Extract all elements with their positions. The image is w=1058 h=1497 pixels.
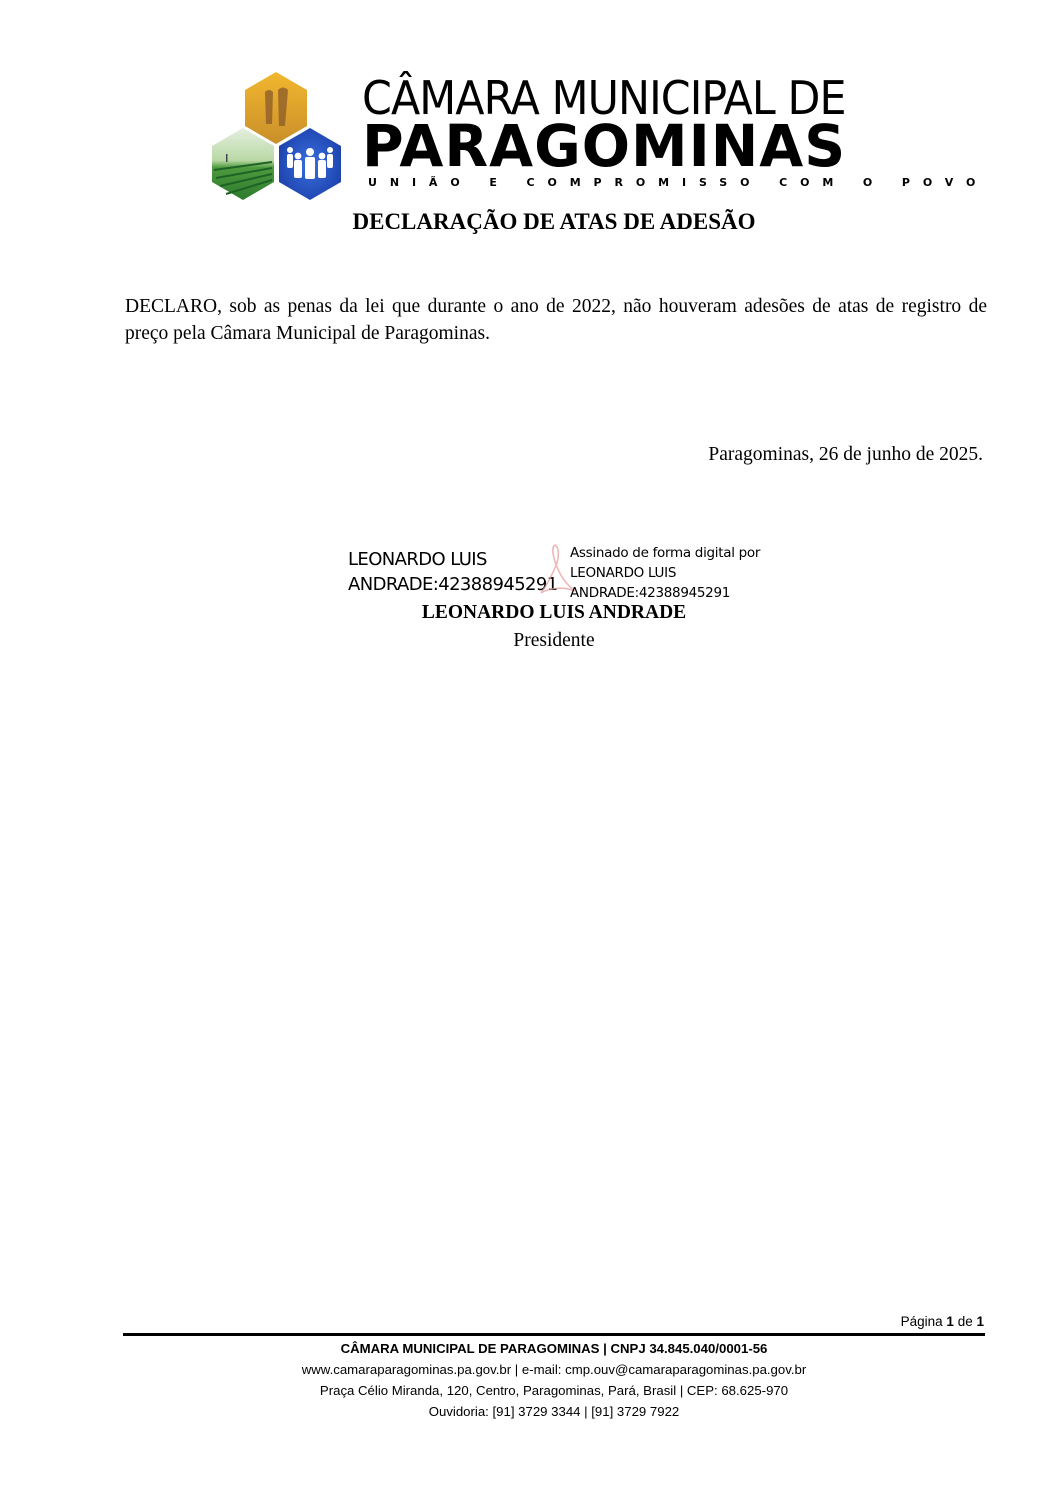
brand-tagline: UNIÃO E COMPROMISSO COM O POVO	[368, 176, 988, 189]
signer-role: Presidente	[0, 630, 1058, 652]
footer-ombudsman-line: Ouvidoria: [91] 3729 3344 | [91] 3729 79…	[0, 1401, 1058, 1422]
footer-address-line: Praça Célio Miranda, 120, Centro, Parago…	[0, 1380, 1058, 1401]
signature-stamp-text: Assinado de forma digital por LEONARDO L…	[570, 543, 760, 603]
date-line: Paragominas, 26 de junho de 2025.	[708, 444, 983, 466]
document-title: DECLARAÇÃO DE ATAS DE ADESÃO	[0, 209, 1058, 235]
signature-name-line2: ANDRADE:42388945291	[348, 572, 558, 597]
signature-stamp-line1: Assinado de forma digital por	[570, 543, 760, 563]
footer-contact-line: www.camaraparagominas.pa.gov.br | e-mail…	[0, 1359, 1058, 1380]
footer-org-line: CÂMARA MUNICIPAL DE PARAGOMINAS | CNPJ 3…	[0, 1338, 1058, 1359]
footer: CÂMARA MUNICIPAL DE PARAGOMINAS | CNPJ 3…	[0, 1338, 1058, 1422]
signature-stamp-line3: ANDRADE:42388945291	[570, 583, 760, 603]
footer-divider	[123, 1333, 985, 1336]
hexagon-cluster-logo-icon	[210, 70, 345, 205]
page-number: Página 1 de 1	[901, 1314, 984, 1329]
brand-name-line2: PARAGOMINAS	[362, 116, 846, 176]
signature-name-block: LEONARDO LUIS ANDRADE:42388945291	[348, 547, 558, 597]
page-current: 1	[946, 1314, 954, 1329]
page-of: de	[958, 1314, 973, 1329]
signature-stamp-line2: LEONARDO LUIS	[570, 563, 760, 583]
declaration-body: DECLARO, sob as penas da lei que durante…	[125, 293, 987, 347]
signer-name: LEONARDO LUIS ANDRADE	[0, 602, 1058, 624]
page-label: Página	[901, 1314, 943, 1329]
signature-name-line1: LEONARDO LUIS	[348, 547, 558, 572]
page-total: 1	[976, 1314, 984, 1329]
